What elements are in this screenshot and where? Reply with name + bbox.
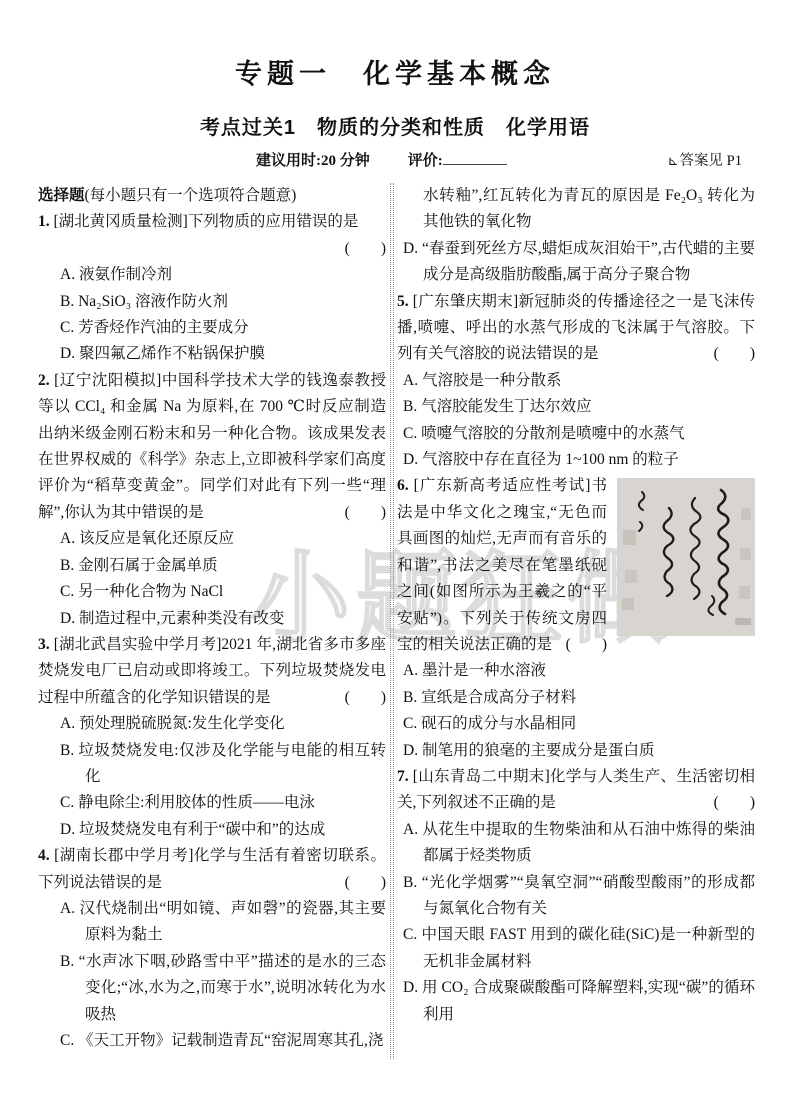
option-item: C. 芳香烃作汽油的主要成分 bbox=[38, 315, 386, 341]
option-letter: A. bbox=[403, 372, 422, 389]
option-text: 墨汁是一种水溶液 bbox=[422, 662, 546, 679]
option-text: 从花生中提取的生物柴油和从石油中炼得的柴油都属于烃类物质 bbox=[422, 821, 755, 864]
option-letter: D. bbox=[403, 742, 422, 759]
option-letter: D. bbox=[403, 240, 422, 257]
question-source: [广东新高考适应性考试] bbox=[414, 477, 591, 494]
option-item: D. 制笔用的狼毫的主要成分是蛋白质 bbox=[397, 738, 755, 764]
option-text: 另一种化合物为 NaCl bbox=[78, 583, 223, 600]
answer-bracket: ( ) bbox=[345, 685, 386, 711]
option-text: 用 CO₂ 合成聚碳酸酯可降解塑料,实现“碳”的循环利用 bbox=[422, 979, 755, 1022]
option-letter: B. bbox=[403, 689, 421, 706]
option-item: C. 中国天眼 FAST 用到的碳化硅(SiC)是一种新型的无机非金属材料 bbox=[397, 922, 755, 975]
answer-reference: ⊾答案见 P1 bbox=[668, 149, 742, 170]
option-letter: C. bbox=[60, 794, 78, 811]
option-item: D. 垃圾焚烧发电有利于“碳中和”的达成 bbox=[38, 817, 386, 843]
section-title: 选择题 bbox=[38, 187, 85, 204]
column-right: 水转釉”,红瓦转化为青瓦的原因是 Fe₂O₃ 转化为其他铁的氧化物D. “春蚕到… bbox=[397, 183, 755, 1071]
option-item: C. 砚石的成分与水晶相同 bbox=[397, 711, 755, 737]
option-item: B. “水声冰下咽,砂路雪中平”描述的是水的三态变化;“冰,水为之,而寒于水”,… bbox=[38, 949, 386, 1028]
option-item: D. 用 CO₂ 合成聚碳酸酯可降解塑料,实现“碳”的循环利用 bbox=[397, 975, 755, 1028]
option-text: 该反应是氧化还原反应 bbox=[79, 530, 234, 547]
option-letter: B. bbox=[403, 398, 421, 415]
option-letter: C. bbox=[403, 715, 421, 732]
option-text: 《天工开物》记载制造青瓦“窑泥周寒其孔,浇 bbox=[78, 1032, 383, 1049]
question-stem: 5. [广东肇庆期末]新冠肺炎的传播途径之一是飞沫传播,喷嚏、呼出的水蒸气形成的… bbox=[397, 289, 755, 368]
option-item: D. 气溶胶中存在直径为 1~100 nm 的粒子 bbox=[397, 447, 755, 473]
answer-bracket: ( ) bbox=[566, 632, 607, 658]
question-body: 选择题(每小题只有一个选项符合题意)1. [湖北黄冈质量检测]下列物质的应用错误… bbox=[38, 183, 755, 1071]
option-text: 液氨作制冷剂 bbox=[79, 266, 172, 283]
option-text: 气溶胶是一种分散系 bbox=[422, 372, 562, 389]
question-number: 7. bbox=[397, 768, 413, 785]
option-item: B. 垃圾焚烧发电:仅涉及化学能与电能的相互转化 bbox=[38, 738, 386, 791]
option-text: 预处理脱硫脱氮:发生化学变化 bbox=[79, 715, 285, 732]
answer-reference-text: 答案见 P1 bbox=[680, 153, 742, 169]
option-letter: D. bbox=[403, 451, 422, 468]
question-number: 2. bbox=[38, 372, 54, 389]
option-item: B. 宣纸是合成高分子材料 bbox=[397, 685, 755, 711]
suggested-time: 建议用时:20 分钟 bbox=[256, 149, 370, 170]
option-item: C. 《天工开物》记载制造青瓦“窑泥周寒其孔,浇 bbox=[38, 1028, 386, 1054]
option-letter: B. bbox=[60, 953, 79, 970]
meta-row: 建议用时:20 分钟 评价: ⊾答案见 P1 bbox=[256, 149, 742, 170]
evaluation-blank-line bbox=[443, 150, 507, 165]
question-stem: 1. [湖北黄冈质量检测]下列物质的应用错误的是 bbox=[38, 209, 386, 235]
option-letter: A. bbox=[60, 900, 79, 917]
option-item: A. 预处理脱硫脱氮:发生化学变化 bbox=[38, 711, 386, 737]
question-text: 下列物质的应用错误的是 bbox=[188, 213, 359, 230]
option-letter: C. bbox=[403, 926, 422, 943]
question-text: 书法是中华文化之瑰宝,“无色而具画图的灿烂,无声而有音乐的和谐”,书法之美尽在笔… bbox=[397, 477, 607, 652]
option-letter: D. bbox=[60, 610, 79, 627]
evaluation-label: 评价: bbox=[408, 149, 507, 170]
question-text: 中国科学技术大学的钱逸泰教授等以 CCl₄ 和金属 Na 为原料,在 700 ℃… bbox=[38, 372, 386, 521]
option-letter: B. bbox=[60, 557, 78, 574]
answer-corner-icon: ⊾ bbox=[668, 153, 679, 168]
answer-bracket: ( ) bbox=[38, 236, 386, 262]
section-subtitle: 考点过关1 物质的分类和性质 化学用语 bbox=[0, 111, 790, 140]
column-divider bbox=[390, 183, 394, 1059]
option-letter: A. bbox=[403, 821, 422, 838]
option-letter: B. bbox=[60, 742, 79, 759]
option-item: B. 金刚石属于金属单质 bbox=[38, 553, 386, 579]
option-letter: C. bbox=[60, 583, 78, 600]
option-letter: C. bbox=[403, 425, 421, 442]
option-item: A. 汉代烧制出“明如镜、声如磬”的瓷器,其主要原料为黏土 bbox=[38, 896, 386, 949]
answer-bracket: ( ) bbox=[345, 500, 386, 526]
page-title: 专题一 化学基本概念 bbox=[0, 52, 790, 91]
option-text: 制造过程中,元素种类没有改变 bbox=[79, 610, 284, 627]
option-text: “春蚕到死丝方尽,蜡炬成灰泪始干”,古代蜡的主要成分是高级脂肪酸酯,属于高分子聚… bbox=[422, 240, 755, 283]
question-source: [山东青岛二中期末] bbox=[413, 768, 550, 785]
option-text: 喷嚏气溶胶的分散剂是喷嚏中的水蒸气 bbox=[421, 425, 685, 442]
option-item: A. 液氨作制冷剂 bbox=[38, 262, 386, 288]
option-text: Na₂SiO₃ 溶液作防火剂 bbox=[78, 293, 228, 310]
option-item: C. 喷嚏气溶胶的分散剂是喷嚏中的水蒸气 bbox=[397, 421, 755, 447]
question-source: [湖北黄冈质量检测] bbox=[54, 213, 188, 230]
option-text: 芳香烃作汽油的主要成分 bbox=[78, 319, 249, 336]
option-letter: D. bbox=[60, 345, 79, 362]
option-text: 气溶胶能发生丁达尔效应 bbox=[421, 398, 592, 415]
option-text: 制笔用的狼毫的主要成分是蛋白质 bbox=[422, 742, 655, 759]
option-text: 气溶胶中存在直径为 1~100 nm 的粒子 bbox=[422, 451, 679, 468]
option-text: 汉代烧制出“明如镜、声如磬”的瓷器,其主要原料为黏土 bbox=[79, 900, 386, 943]
column-left: 选择题(每小题只有一个选项符合题意)1. [湖北黄冈质量检测]下列物质的应用错误… bbox=[38, 183, 386, 1071]
question-stem: 3. [湖北武昌实验中学月考]2021 年,湖北省多市多座焚烧发电厂已启动或即将… bbox=[38, 632, 386, 711]
section-header: 选择题(每小题只有一个选项符合题意) bbox=[38, 183, 386, 209]
question-source: [辽宁沈阳模拟] bbox=[54, 372, 161, 389]
option-text: “水声冰下咽,砂路雪中平”描述的是水的三态变化;“冰,水为之,而寒于水”,说明冰… bbox=[79, 953, 386, 1023]
option-letter: B. bbox=[60, 293, 78, 310]
option-item: D. 聚四氟乙烯作不粘锅保护膜 bbox=[38, 341, 386, 367]
option-letter: D. bbox=[403, 979, 422, 996]
question-stem: 4. [湖南长郡中学月考]化学与生活有着密切联系。下列说法错误的是( ) bbox=[38, 843, 386, 896]
section-note: (每小题只有一个选项符合题意) bbox=[85, 187, 297, 204]
option-letter: C. bbox=[60, 319, 78, 336]
answer-bracket: ( ) bbox=[714, 790, 755, 816]
option-item: A. 从花生中提取的生物柴油和从石油中炼得的柴油都属于烃类物质 bbox=[397, 817, 755, 870]
option-item: C. 另一种化合物为 NaCl bbox=[38, 579, 386, 605]
question-stem: 2. [辽宁沈阳模拟]中国科学技术大学的钱逸泰教授等以 CCl₄ 和金属 Na … bbox=[38, 368, 386, 526]
option-text: 砚石的成分与水晶相同 bbox=[421, 715, 576, 732]
option-item: A. 气溶胶是一种分散系 bbox=[397, 368, 755, 394]
worksheet-page: 小题狂做 专题一 化学基本概念 考点过关1 物质的分类和性质 化学用语 建议用时… bbox=[0, 0, 790, 1101]
question-number: 5. bbox=[397, 293, 413, 310]
option-letter: B. bbox=[403, 874, 422, 891]
question-stem: 7. [山东青岛二中期末]化学与人类生产、生活密切相关,下列叙述不正确的是( ) bbox=[397, 764, 755, 817]
question-source: [广东肇庆期末] bbox=[413, 293, 518, 310]
option-item: A. 该反应是氧化还原反应 bbox=[38, 526, 386, 552]
option-letter: A. bbox=[60, 266, 79, 283]
option-text: 宣纸是合成高分子材料 bbox=[421, 689, 576, 706]
option-letter: C. bbox=[60, 1032, 78, 1049]
option-item: C. 静电除尘:利用胶体的性质——电泳 bbox=[38, 790, 386, 816]
option-letter: A. bbox=[60, 715, 79, 732]
option-letter: D. bbox=[60, 821, 79, 838]
question-stem: 6. [广东新高考适应性考试]书法是中华文化之瑰宝,“无色而具画图的灿烂,无声而… bbox=[397, 473, 755, 658]
calligraphy-image-pinganti bbox=[617, 478, 755, 636]
option-letter: A. bbox=[403, 662, 422, 679]
option-text: 垃圾焚烧发电:仅涉及化学能与电能的相互转化 bbox=[79, 742, 386, 785]
option-text: “光化学烟雾”“臭氧空洞”“硝酸型酸雨”的形成都与氮氧化合物有关 bbox=[422, 874, 755, 917]
question-number: 3. bbox=[38, 636, 54, 653]
answer-bracket: ( ) bbox=[345, 870, 386, 896]
calligraphy-paper bbox=[617, 478, 755, 636]
question-source: [湖北武昌实验中学月考] bbox=[54, 636, 222, 653]
option-item: D. 制造过程中,元素种类没有改变 bbox=[38, 606, 386, 632]
question-source: [湖南长郡中学月考] bbox=[54, 847, 193, 864]
answer-bracket: ( ) bbox=[714, 341, 755, 367]
option-text: 中国天眼 FAST 用到的碳化硅(SiC)是一种新型的无机非金属材料 bbox=[422, 926, 755, 969]
question-number: 4. bbox=[38, 847, 54, 864]
option-item: A. 墨汁是一种水溶液 bbox=[397, 658, 755, 684]
option-item: B. Na₂SiO₃ 溶液作防火剂 bbox=[38, 289, 386, 315]
option-text: 金刚石属于金属单质 bbox=[78, 557, 218, 574]
option-item: B. 气溶胶能发生丁达尔效应 bbox=[397, 394, 755, 420]
question-number: 1. bbox=[38, 213, 54, 230]
option-text: 静电除尘:利用胶体的性质——电泳 bbox=[78, 794, 315, 811]
option-text: 垃圾焚烧发电有利于“碳中和”的达成 bbox=[79, 821, 325, 838]
option-letter: A. bbox=[60, 530, 79, 547]
option-item: B. “光化学烟雾”“臭氧空洞”“硝酸型酸雨”的形成都与氮氧化合物有关 bbox=[397, 870, 755, 923]
option-item: D. “春蚕到死丝方尽,蜡炬成灰泪始干”,古代蜡的主要成分是高级脂肪酸酯,属于高… bbox=[397, 236, 755, 289]
question-number: 6. bbox=[397, 477, 414, 494]
option-continuation: 水转釉”,红瓦转化为青瓦的原因是 Fe₂O₃ 转化为其他铁的氧化物 bbox=[397, 183, 755, 236]
option-text: 聚四氟乙烯作不粘锅保护膜 bbox=[79, 345, 265, 362]
